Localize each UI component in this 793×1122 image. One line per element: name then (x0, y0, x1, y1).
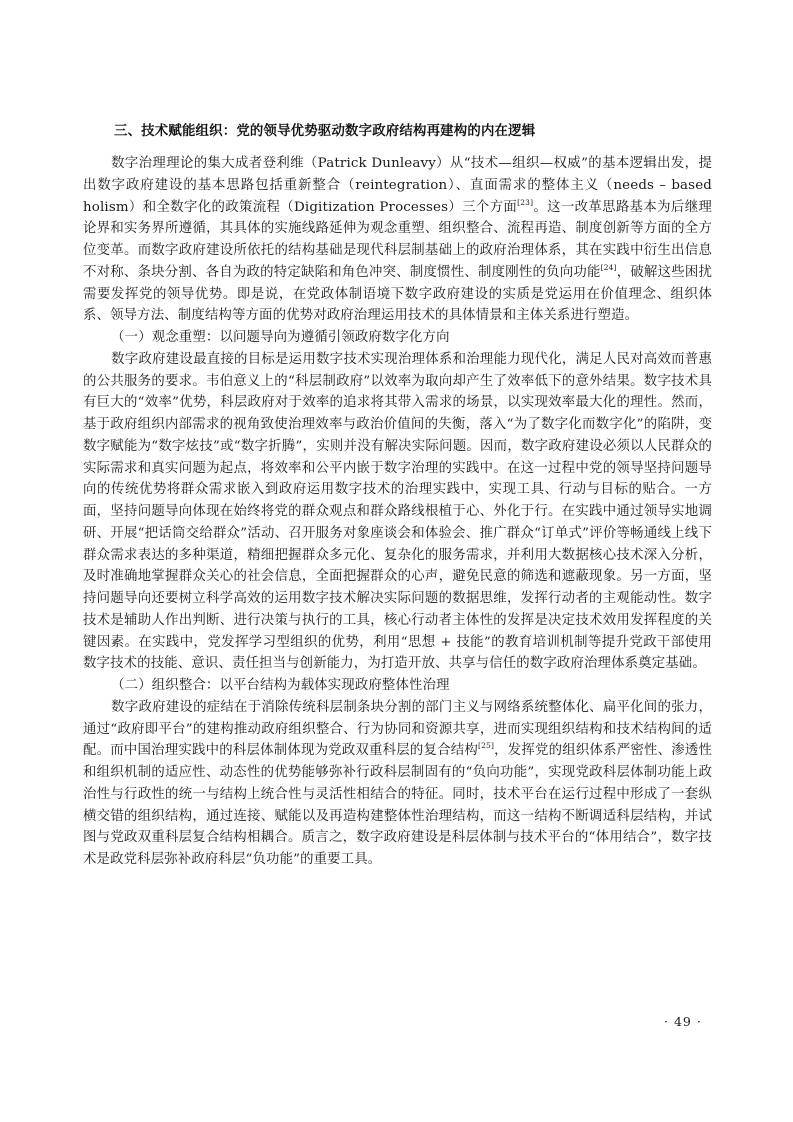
citation-marker: [24] (601, 263, 617, 272)
paragraph-text: ，发挥党的组织体系严密性、渗透性和组织机制的适应性、动态性的优势能够弥补行政科层… (83, 743, 712, 867)
subsection-heading-1: （一）观念重塑：以问题导向为遵循引领政府数字化方向 (83, 327, 712, 349)
citation-marker: [23] (517, 198, 533, 207)
citation-marker: [25] (478, 741, 494, 750)
page-number: · 49 · (664, 1014, 702, 1029)
section-title: 三、技术赋能组织：党的领导优势驱动数字政府结构再建构的内在逻辑 (83, 122, 712, 142)
subsection-1-paragraph: 数字政府建设最直接的目标是运用数字技术实现治理体系和治理能力现代化，满足人民对高… (83, 349, 712, 675)
paragraph-text: 数字政府建设最直接的目标是运用数字技术实现治理体系和治理能力现代化，满足人民对高… (83, 352, 712, 672)
subsection-2-paragraph: 数字政府建设的症结在于消除传统科层制条块分割的部门主义与网络系统整体化、扁平化间… (83, 697, 712, 871)
intro-paragraph: 数字治理理论的集大成者登利维（Patrick Dunleavy）从“技术—组织—… (83, 153, 712, 327)
subsection-heading-2: （二）组织整合：以平台结构为载体实现政府整体性治理 (83, 675, 712, 697)
article-page: 三、技术赋能组织：党的领导优势驱动数字政府结构再建构的内在逻辑 数字治理理论的集… (83, 122, 712, 871)
